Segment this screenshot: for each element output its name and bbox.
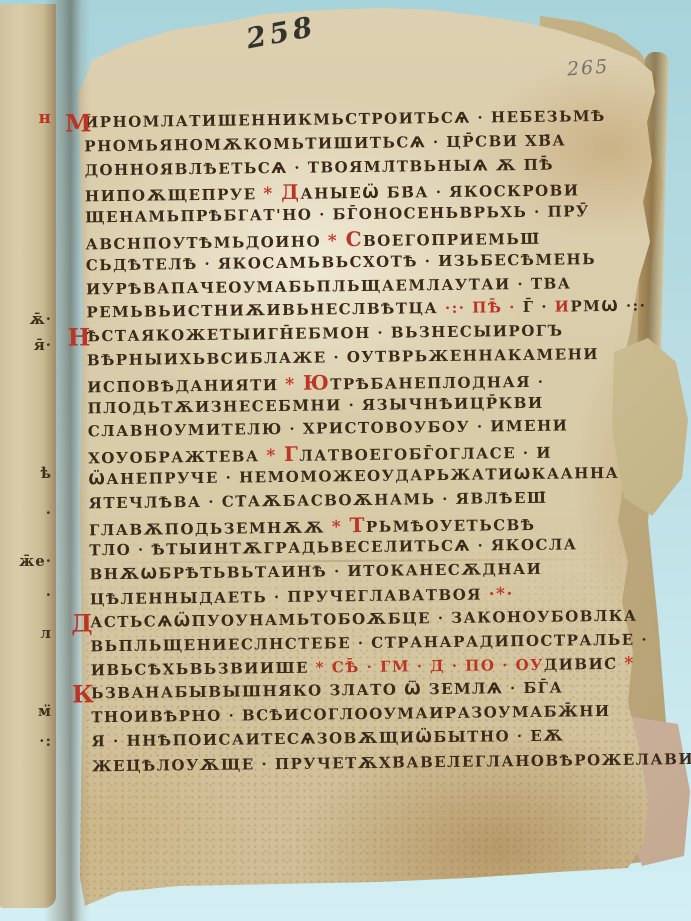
ink-text: г̄ · bbox=[523, 298, 555, 316]
margin-text-fragment: я̄· bbox=[4, 336, 52, 354]
rubric-initial: Г bbox=[284, 442, 300, 466]
rubric-initial: М bbox=[65, 111, 93, 135]
folio-number-ink: 258 bbox=[243, 10, 318, 56]
ink-text: главѫподьземнѫѫ bbox=[89, 518, 332, 539]
rubric-initial: Н bbox=[68, 325, 92, 349]
rubric-initial: Т bbox=[349, 513, 366, 537]
ink-text: ивьсѣхьвьзвиише bbox=[91, 659, 316, 680]
rubric-text: ·:· пѣ̄ · bbox=[445, 298, 523, 317]
rubric-ornament: * bbox=[624, 654, 635, 674]
ink-text: рмѡ ·:· bbox=[570, 297, 646, 316]
margin-text-fragment: л bbox=[4, 624, 52, 642]
rubric-ornament: * bbox=[285, 374, 303, 394]
rubric-ornament: * bbox=[263, 184, 281, 204]
rubric-initial: Д bbox=[71, 611, 94, 635]
ink-text: цѣленныдаеть · пручеглаватвоя bbox=[90, 585, 489, 608]
rubric-ornament: ·*· bbox=[489, 584, 514, 604]
ink-text: исповѣданияти bbox=[87, 376, 285, 396]
margin-text-fragment: ·: bbox=[4, 732, 52, 750]
rubric-text: * сѣ̄ · гм̄ · д̄ · по · оу bbox=[316, 656, 544, 677]
ink-text: нипоѫщепруе bbox=[85, 186, 264, 206]
rubric-ornament: * bbox=[328, 231, 346, 251]
margin-text-fragment: н bbox=[4, 108, 52, 128]
margin-text-fragment: · bbox=[4, 586, 52, 604]
rubric-initial: С bbox=[345, 227, 363, 251]
rubric-initial: Ю bbox=[303, 370, 331, 394]
rubric-initial: К bbox=[72, 682, 96, 706]
ink-text: ремьвьистниѫивьнеслвѣтца bbox=[86, 299, 445, 321]
margin-text-fragment: · bbox=[4, 504, 52, 522]
margin-text-fragment: м̈ bbox=[4, 702, 52, 720]
rubric-initial: Д bbox=[281, 180, 301, 204]
manuscript-photo: нѫ̄·я̄·ѣ·ж̄е··лм̈·: 258 265 Мирномлатише… bbox=[0, 0, 691, 921]
margin-text-fragment: ѫ̄· bbox=[4, 310, 52, 328]
margin-text-fragment: ѣ bbox=[4, 464, 52, 482]
margin-text-fragment: ж̄е· bbox=[4, 552, 52, 570]
ink-text: воегоприемьш̄ bbox=[363, 230, 541, 250]
ink-text: рьмѣоуетьсвѣ bbox=[366, 515, 536, 535]
ink-text: дивис̄ bbox=[544, 655, 625, 674]
ink-text: аныеѡ̈ бв̄а · якоскрови bbox=[300, 182, 579, 203]
rubric-ornament: * bbox=[266, 446, 284, 466]
ink-text: авснпоутѣмьдоино bbox=[85, 232, 327, 253]
text-block: Мирномлатишенникмьстроитьсѧ · небезьмѣрн… bbox=[84, 107, 640, 780]
rubric-ornament: * bbox=[332, 517, 350, 537]
folio-number-pencil: 265 bbox=[566, 56, 610, 81]
rubric-text: и bbox=[555, 298, 571, 316]
ink-text: хоуображтева bbox=[88, 447, 266, 467]
ink-text: трѣбанеплодная · bbox=[330, 373, 544, 394]
ink-text: латвоегобг̄огласе · и bbox=[299, 444, 552, 465]
facing-page-edge: нѫ̄·я̄·ѣ·ж̄е··лм̈·: bbox=[0, 4, 56, 908]
